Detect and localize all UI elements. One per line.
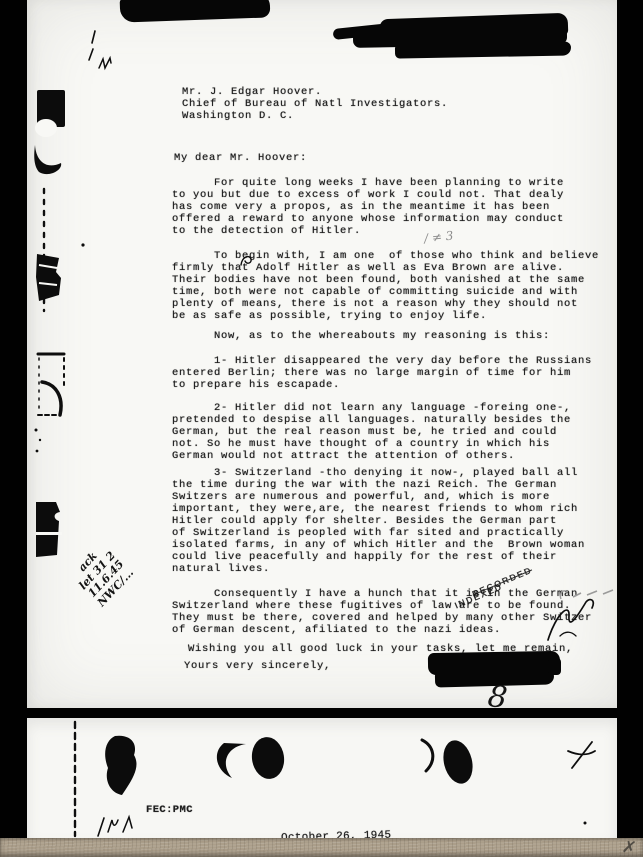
redaction-mark	[120, 0, 271, 23]
paragraph-4: 1- Hitler disappeared the very day befor…	[172, 355, 592, 391]
scan-artifact-marks	[60, 720, 600, 838]
document-page-1: Mr. J. Edgar Hoover. Chief of Bureau of …	[27, 0, 617, 708]
address-block: Mr. J. Edgar Hoover. Chief of Bureau of …	[182, 86, 448, 122]
salutation: My dear Mr. Hoover:	[174, 152, 307, 164]
backing-strip: ✗	[0, 838, 643, 857]
paragraph-7: Consequently I have a hunch that it is i…	[172, 588, 592, 636]
redaction-mark	[395, 41, 571, 58]
paragraph-1: For quite long weeks I have been plannin…	[172, 177, 564, 237]
signature-redaction	[548, 658, 561, 675]
signoff-line: Yours very sincerely,	[184, 660, 331, 672]
handwritten-flourish	[542, 596, 606, 644]
paragraph-6: 3- Switzerland -tho denying it now-, pla…	[172, 467, 585, 575]
typist-initials: FEC:PMC	[146, 804, 193, 816]
page-number: 8	[486, 679, 509, 716]
document-viewer: Mr. J. Edgar Hoover. Chief of Bureau of …	[0, 0, 643, 857]
paragraph-2: To begin with, I am one of those who thi…	[172, 250, 599, 322]
handwritten-tick-marks	[85, 28, 119, 78]
pencil-note: / ≠ 3	[423, 229, 454, 246]
x-mark: ✗	[620, 837, 638, 857]
document-page-2: FEC:PMC October 26, 1945	[27, 718, 617, 840]
handwritten-caret-mark	[238, 252, 256, 267]
scan-artifact-marks	[30, 85, 90, 580]
paragraph-5: 2- Hitler did not learn any language -fo…	[172, 402, 571, 462]
paragraph-3: Now, as to the whereabouts my reasoning …	[172, 330, 550, 342]
